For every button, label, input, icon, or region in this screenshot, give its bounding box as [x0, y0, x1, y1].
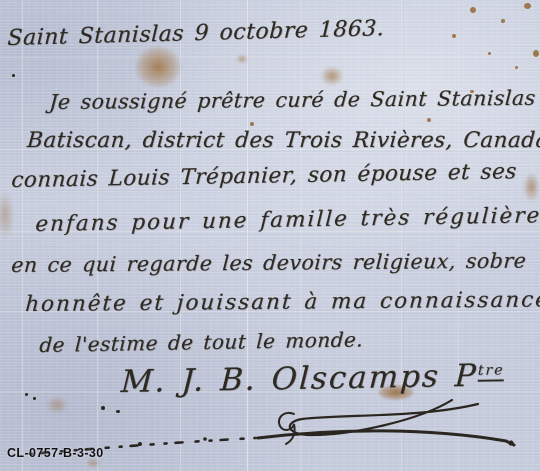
fold-crease — [299, 0, 302, 471]
fold-crease — [0, 57, 540, 60]
handwritten-dateline: Saint Stanislas 9 octobre 1863. — [7, 16, 385, 51]
foxing-speck — [524, 3, 531, 9]
handwritten-line-1: Je soussigné prêtre curé de Saint Stanis… — [49, 85, 540, 114]
handwritten-line-2: Batiscan, district des Trois Rivières, C… — [26, 128, 540, 153]
signature-title: Ptre — [454, 357, 505, 394]
foxing-speck — [427, 118, 431, 122]
foxing-speck — [488, 52, 491, 55]
foxing-speck — [250, 122, 254, 126]
foxing-stain — [523, 172, 540, 202]
catalog-label: CL-0757-B-3-30 — [7, 446, 104, 460]
handwritten-line-6: honnête et jouissant à ma connaissance — [24, 287, 540, 317]
signature: M. J. B. Olscamps Ptre — [120, 357, 505, 400]
ink-dot — [25, 393, 28, 396]
foxing-speck — [515, 66, 518, 69]
foxing-speck — [452, 34, 456, 38]
foxing-speck — [533, 50, 539, 57]
signature-title-initial: P — [454, 358, 479, 394]
handwritten-line-7: de l'estime de tout le monde. — [39, 327, 364, 357]
foxing-stain — [0, 192, 14, 238]
fold-crease — [21, 0, 24, 471]
fold-crease — [246, 0, 249, 471]
foxing-speck — [501, 19, 505, 23]
ink-dot — [12, 74, 15, 77]
handwritten-line-3: connais Louis Trépanier, son épouse et s… — [11, 159, 518, 193]
foxing-stain — [46, 396, 68, 414]
handwritten-line-5: en ce qui regarde les devoirs religieux,… — [11, 249, 528, 278]
foxing-stain — [135, 46, 181, 88]
ink-dot — [33, 397, 36, 400]
signature-name: M. J. B. Olscamps — [120, 358, 441, 400]
letter-scan: Saint Stanislas 9 octobre 1863. Je souss… — [0, 0, 540, 471]
fold-crease — [457, 0, 460, 471]
foxing-stain — [320, 66, 344, 86]
handwritten-line-4: enfans pour une famille très régulière — [35, 203, 540, 237]
foxing-speck — [470, 7, 476, 13]
signature-title-superscript: tre — [477, 362, 505, 381]
ink-dot — [116, 410, 120, 413]
fold-crease — [179, 0, 182, 471]
foxing-stain — [236, 54, 248, 64]
ink-dot — [101, 406, 105, 410]
fold-crease — [400, 0, 403, 471]
